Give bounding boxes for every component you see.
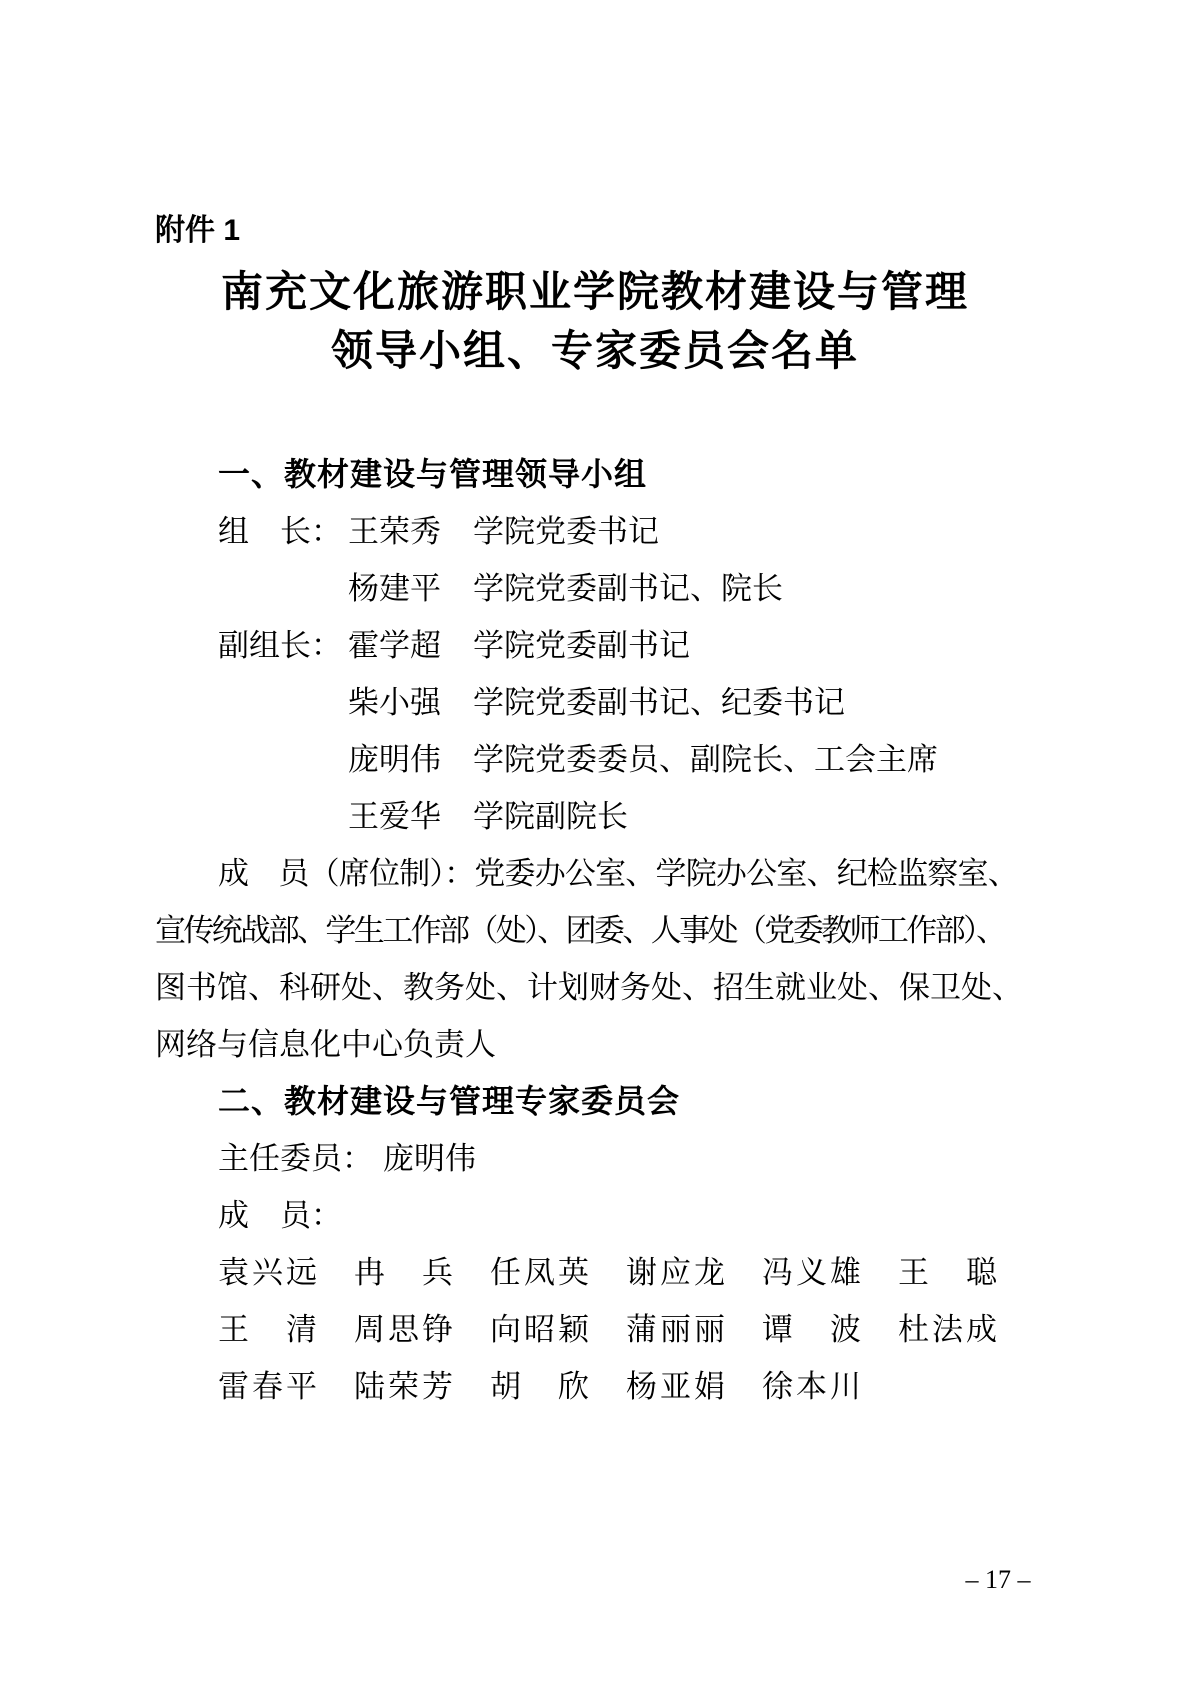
committee-members-row-1: 袁兴远 冉 兵 任凤英 谢应龙 冯义雄 王 聪 [155,1244,1039,1301]
document-title-line2: 领导小组、专家委员会名单 [0,323,1190,382]
document-title: 南充文化旅游职业学院教材建设与管理 领导小组、专家委员会名单 [0,264,1190,382]
leader-title: 学院党委委员、副院长、工会主席 [473,742,938,777]
leader-row-6: 王爱华学院副院长 [155,788,1039,845]
document-body: 一、教材建设与管理领导小组 组 长：王荣秀学院党委书记 杨建平学院党委副书记、院… [155,446,1039,1415]
committee-members-label: 成 员： [155,1187,1039,1244]
members-paragraph-line-3: 图书馆、科研处、教务处、计划财务处、招生就业处、保卫处、 [155,959,1039,1016]
section2-heading: 二、教材建设与管理专家委员会 [155,1073,1039,1130]
document-page: 附件 1 南充文化旅游职业学院教材建设与管理 领导小组、专家委员会名单 一、教材… [0,0,1190,1683]
leader-name: 杨建平 [348,560,441,617]
leader-name: 王荣秀 [348,503,441,560]
leader-name: 柴小强 [348,674,441,731]
leader-role-label: 副组长： [218,617,348,674]
committee-members-row-2: 王 清 周思铮 向昭颖 蒲丽丽 谭 波 杜法成 [155,1301,1039,1358]
document-title-line1: 南充文化旅游职业学院教材建设与管理 [0,264,1190,323]
leader-row-1: 组 长：王荣秀学院党委书记 [155,503,1039,560]
leader-row-2: 杨建平学院党委副书记、院长 [155,560,1039,617]
chair-row: 主任委员：庞明伟 [155,1130,1039,1187]
leader-title: 学院副院长 [473,799,628,834]
leader-title: 学院党委副书记、院长 [473,571,783,606]
leader-row-3: 副组长：霍学超学院党委副书记 [155,617,1039,674]
chair-name: 庞明伟 [383,1141,476,1176]
leader-name: 庞明伟 [348,731,441,788]
leader-title: 学院党委副书记 [473,628,690,663]
leader-row-5: 庞明伟学院党委委员、副院长、工会主席 [155,731,1039,788]
chair-role-label: 主任委员： [218,1141,373,1176]
page-number: – 17 – [948,1564,1048,1596]
leader-name: 霍学超 [348,617,441,674]
leader-title: 学院党委副书记、纪委书记 [473,685,845,720]
members-paragraph-line-1: 成 员（席位制）：党委办公室、学院办公室、纪检监察室、 [155,845,1039,902]
leader-row-4: 柴小强学院党委副书记、纪委书记 [155,674,1039,731]
members-paragraph-line-4: 网络与信息化中心负责人 [155,1016,1039,1073]
members-paragraph-line-2: 宣传统战部、学生工作部（处）、团委、人事处（党委教师工作部）、 [155,902,1039,959]
leader-role-label: 组 长： [218,503,348,560]
committee-members-row-3: 雷春平 陆荣芳 胡 欣 杨亚娟 徐本川 [155,1358,1039,1415]
section1-heading: 一、教材建设与管理领导小组 [155,446,1039,503]
attachment-label: 附件 1 [155,210,240,252]
leader-title: 学院党委书记 [473,514,659,549]
leader-name: 王爱华 [348,788,441,845]
